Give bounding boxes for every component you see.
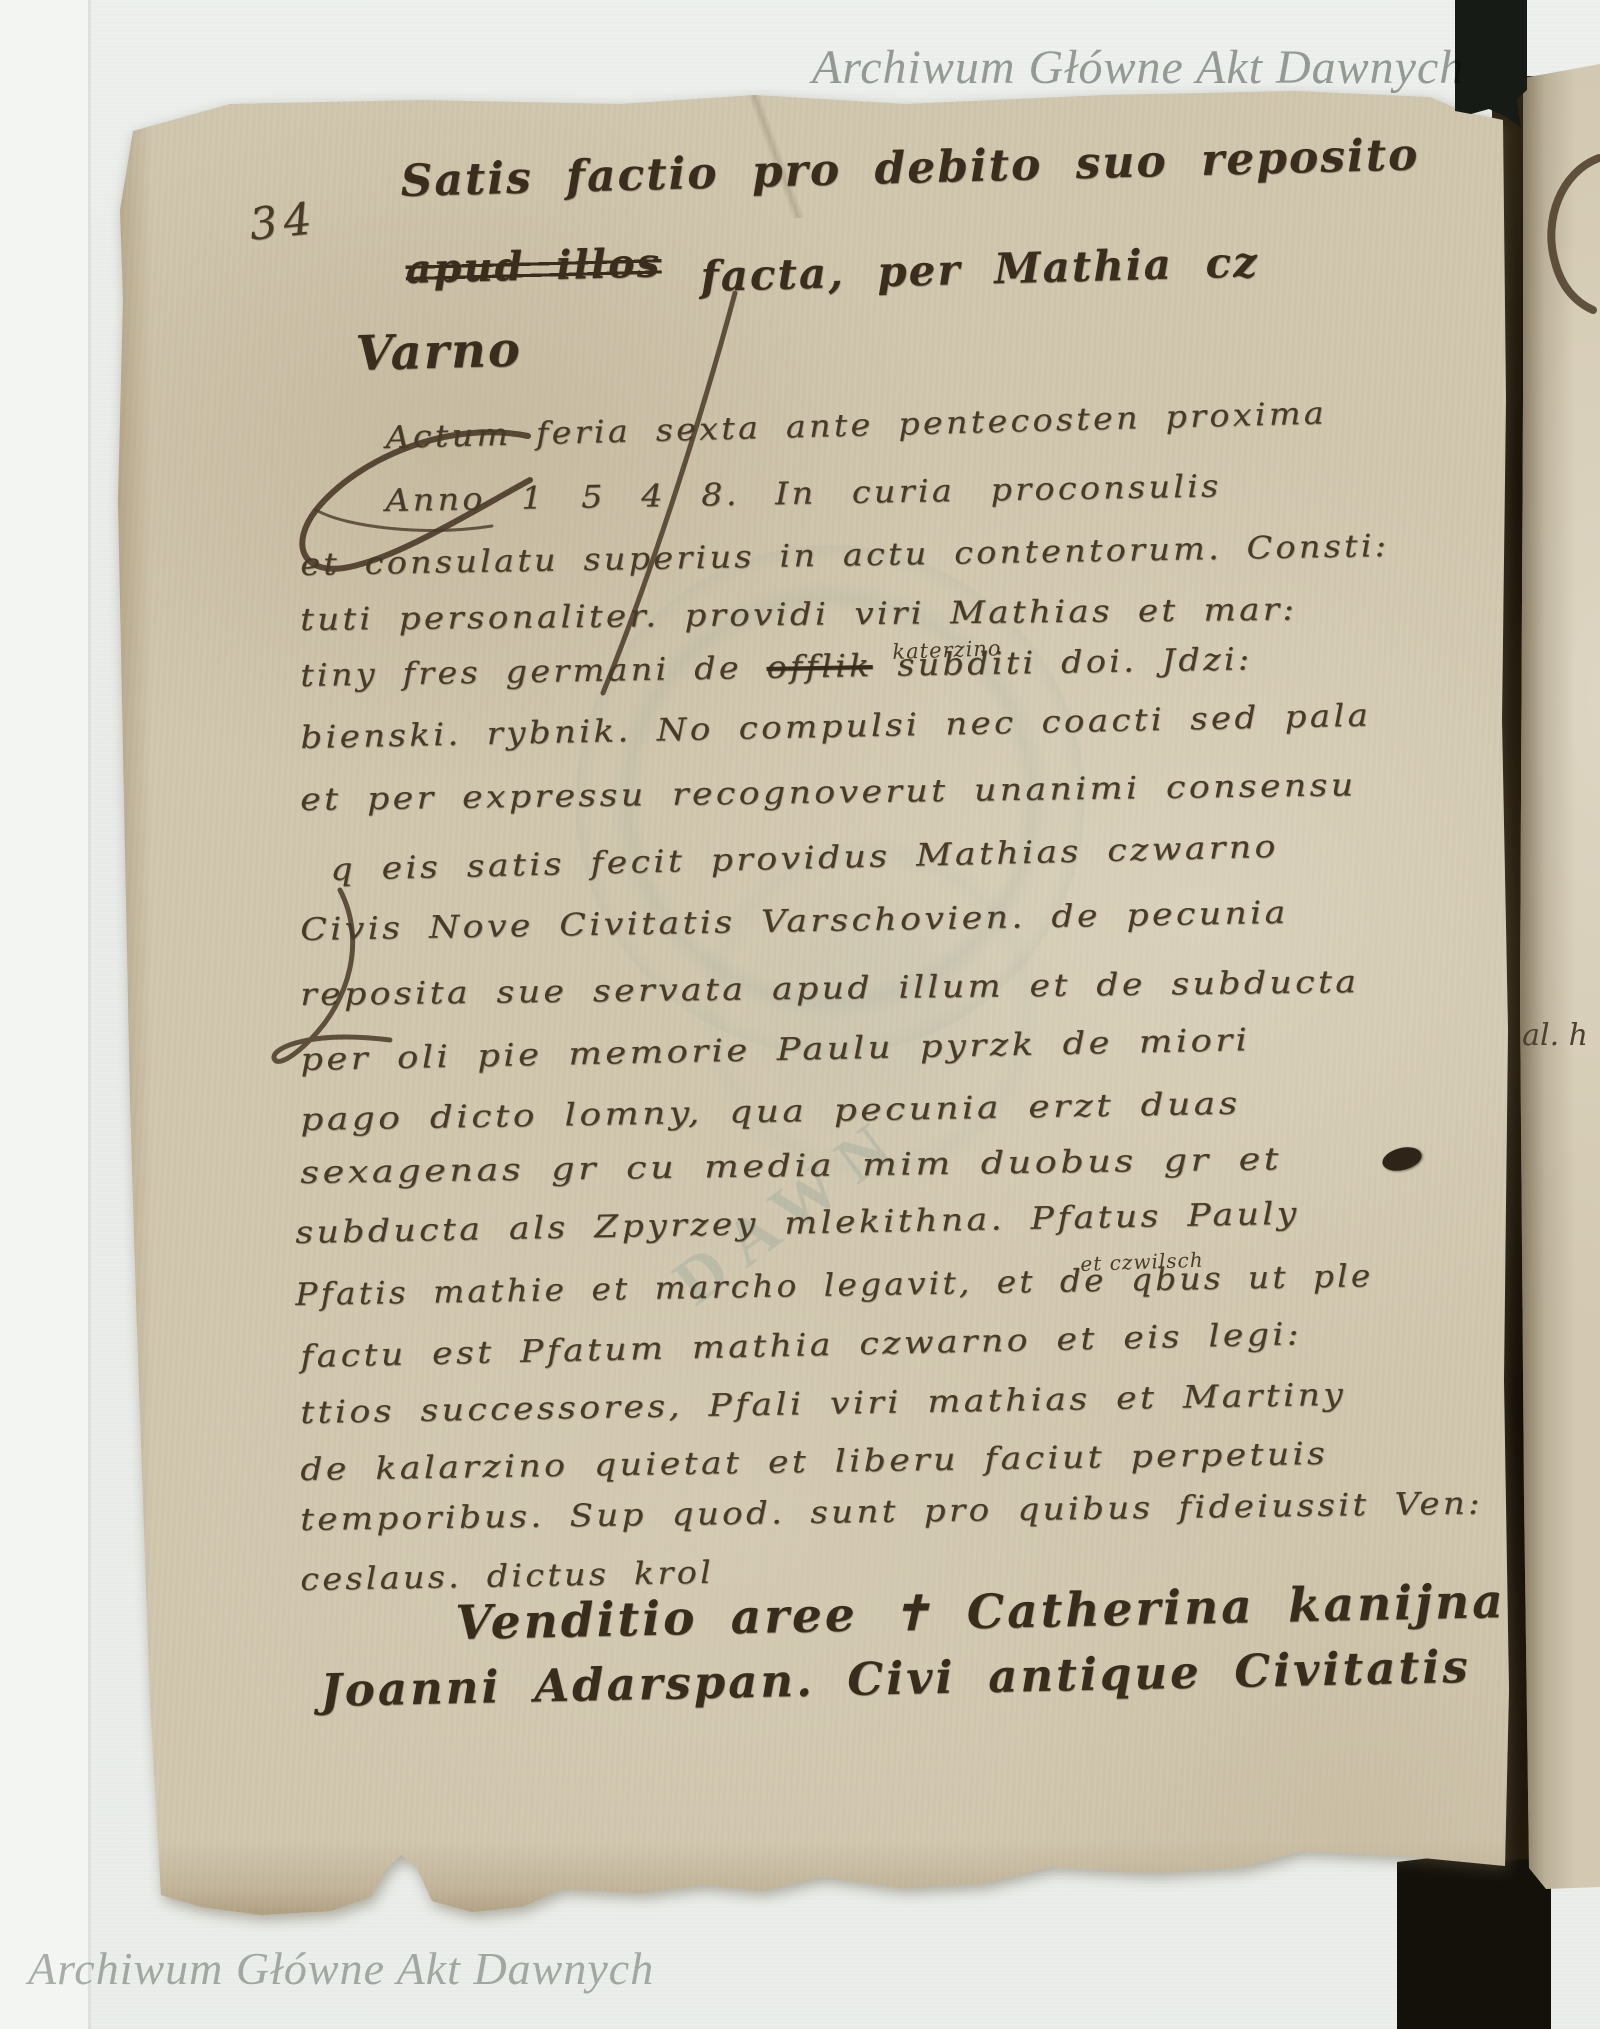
interlinear-insert: katerzino: [892, 636, 1002, 664]
parchment-surface: DAWN 34 Satis factio pro debito suo repo…: [0, 0, 1600, 2029]
manuscript-line: factu est Pfatum mathia czwarno et eis l…: [300, 1316, 1302, 1375]
manuscript-line: et per expressu recognoverut unanimi con…: [300, 767, 1357, 818]
manuscript-line: Pfatis mathie et marcho legavit, et de q…: [295, 1258, 1374, 1313]
bottom-heading-line-2: Joanni Adarspan. Civi antique Civitatis: [320, 1640, 1471, 1717]
struck-word: offlik: [766, 648, 873, 686]
manuscript-line: de kalarzino quietat et liberu faciut pe…: [300, 1436, 1328, 1488]
page-edge-shading-bottom: [110, 1790, 1510, 1930]
archival-scan: { "watermark": { "text": "Archiwum Główn…: [0, 0, 1600, 2029]
heading-line-3: Varno: [355, 322, 523, 382]
ink-blot: [1380, 1143, 1424, 1174]
archive-watermark-top: Archiwum Główne Akt Dawnych: [812, 40, 1464, 95]
manuscript-page: DAWN 34 Satis factio pro debito suo repo…: [0, 0, 1600, 2029]
manuscript-line: Actum feria sexta ante pentecosten proxi…: [385, 395, 1327, 456]
page-edge-shading-left: [110, 95, 170, 1925]
manuscript-line: sexagenas gr cu media mim duobus gr et: [300, 1141, 1282, 1191]
heading-line-1: Satis factio pro debito suo reposito: [400, 129, 1420, 207]
heading-line-2: facta, per Mathia cz: [700, 237, 1260, 301]
page-number: 34: [247, 193, 320, 251]
archive-watermark-bottom: Archiwum Główne Akt Dawnych: [28, 1942, 654, 1995]
interlinear-insert: et czwilsch: [1080, 1248, 1204, 1276]
manuscript-line: ttios successores, Pfali viri mathias et…: [300, 1377, 1347, 1431]
manuscript-line: temporibus. Sup quod. sunt pro quibus fi…: [300, 1485, 1483, 1538]
manuscript-line: reposita sue servata apud illum et de su…: [300, 964, 1360, 1013]
